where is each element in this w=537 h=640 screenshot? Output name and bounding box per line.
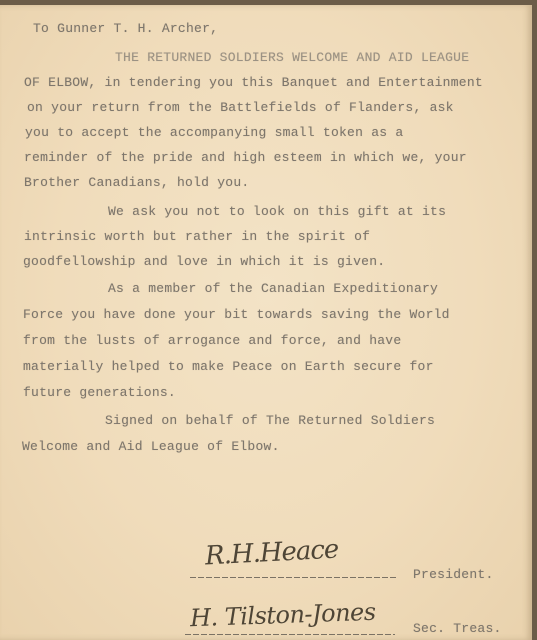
paragraph-1-line-1: THE RETURNED SOLDIERS WELCOME AND AID LE… — [115, 50, 469, 66]
paragraph-3-line-5: future generations. — [23, 385, 176, 401]
paragraph-3-line-1: As a member of the Canadian Expeditionar… — [108, 281, 438, 297]
treasurer-signature-line — [185, 634, 395, 635]
paragraph-1-line-2: OF ELBOW, in tendering you this Banquet … — [24, 75, 483, 91]
paragraph-3-line-4: materially helped to make Peace on Earth… — [23, 359, 434, 375]
paragraph-2-line-1: We ask you not to look on this gift at i… — [108, 204, 446, 220]
treasurer-signature: H. Tilston-Jones — [190, 598, 376, 632]
paragraph-2-line-2: intrinsic worth but rather in the spirit… — [24, 229, 370, 245]
president-signature-line — [190, 577, 396, 578]
president-signature: R.H.Heace — [204, 535, 339, 572]
paragraph-4-line-2: Welcome and Aid League of Elbow. — [22, 439, 280, 455]
paragraph-2-line-3: goodfellowship and love in which it is g… — [23, 254, 385, 270]
paragraph-1-line-3: on your return from the Battlefields of … — [27, 100, 454, 116]
paragraph-1-line-5: reminder of the pride and high esteem in… — [24, 150, 467, 166]
paragraph-3-line-3: from the lusts of arrogance and force, a… — [23, 333, 401, 349]
paragraph-3-line-2: Force you have done your bit towards sav… — [23, 307, 450, 323]
president-title: President. — [413, 567, 494, 583]
paragraph-1-line-6: Brother Canadians, hold you. — [24, 175, 249, 191]
treasurer-title: Sec. Treas. — [413, 621, 502, 637]
paragraph-1-line-4: you to accept the accompanying small tok… — [25, 125, 403, 141]
paragraph-4-line-1: Signed on behalf of The Returned Soldier… — [105, 413, 435, 429]
salutation: To Gunner T. H. Archer, — [33, 21, 218, 37]
letter-page: To Gunner T. H. Archer, THE RETURNED SOL… — [0, 5, 532, 640]
